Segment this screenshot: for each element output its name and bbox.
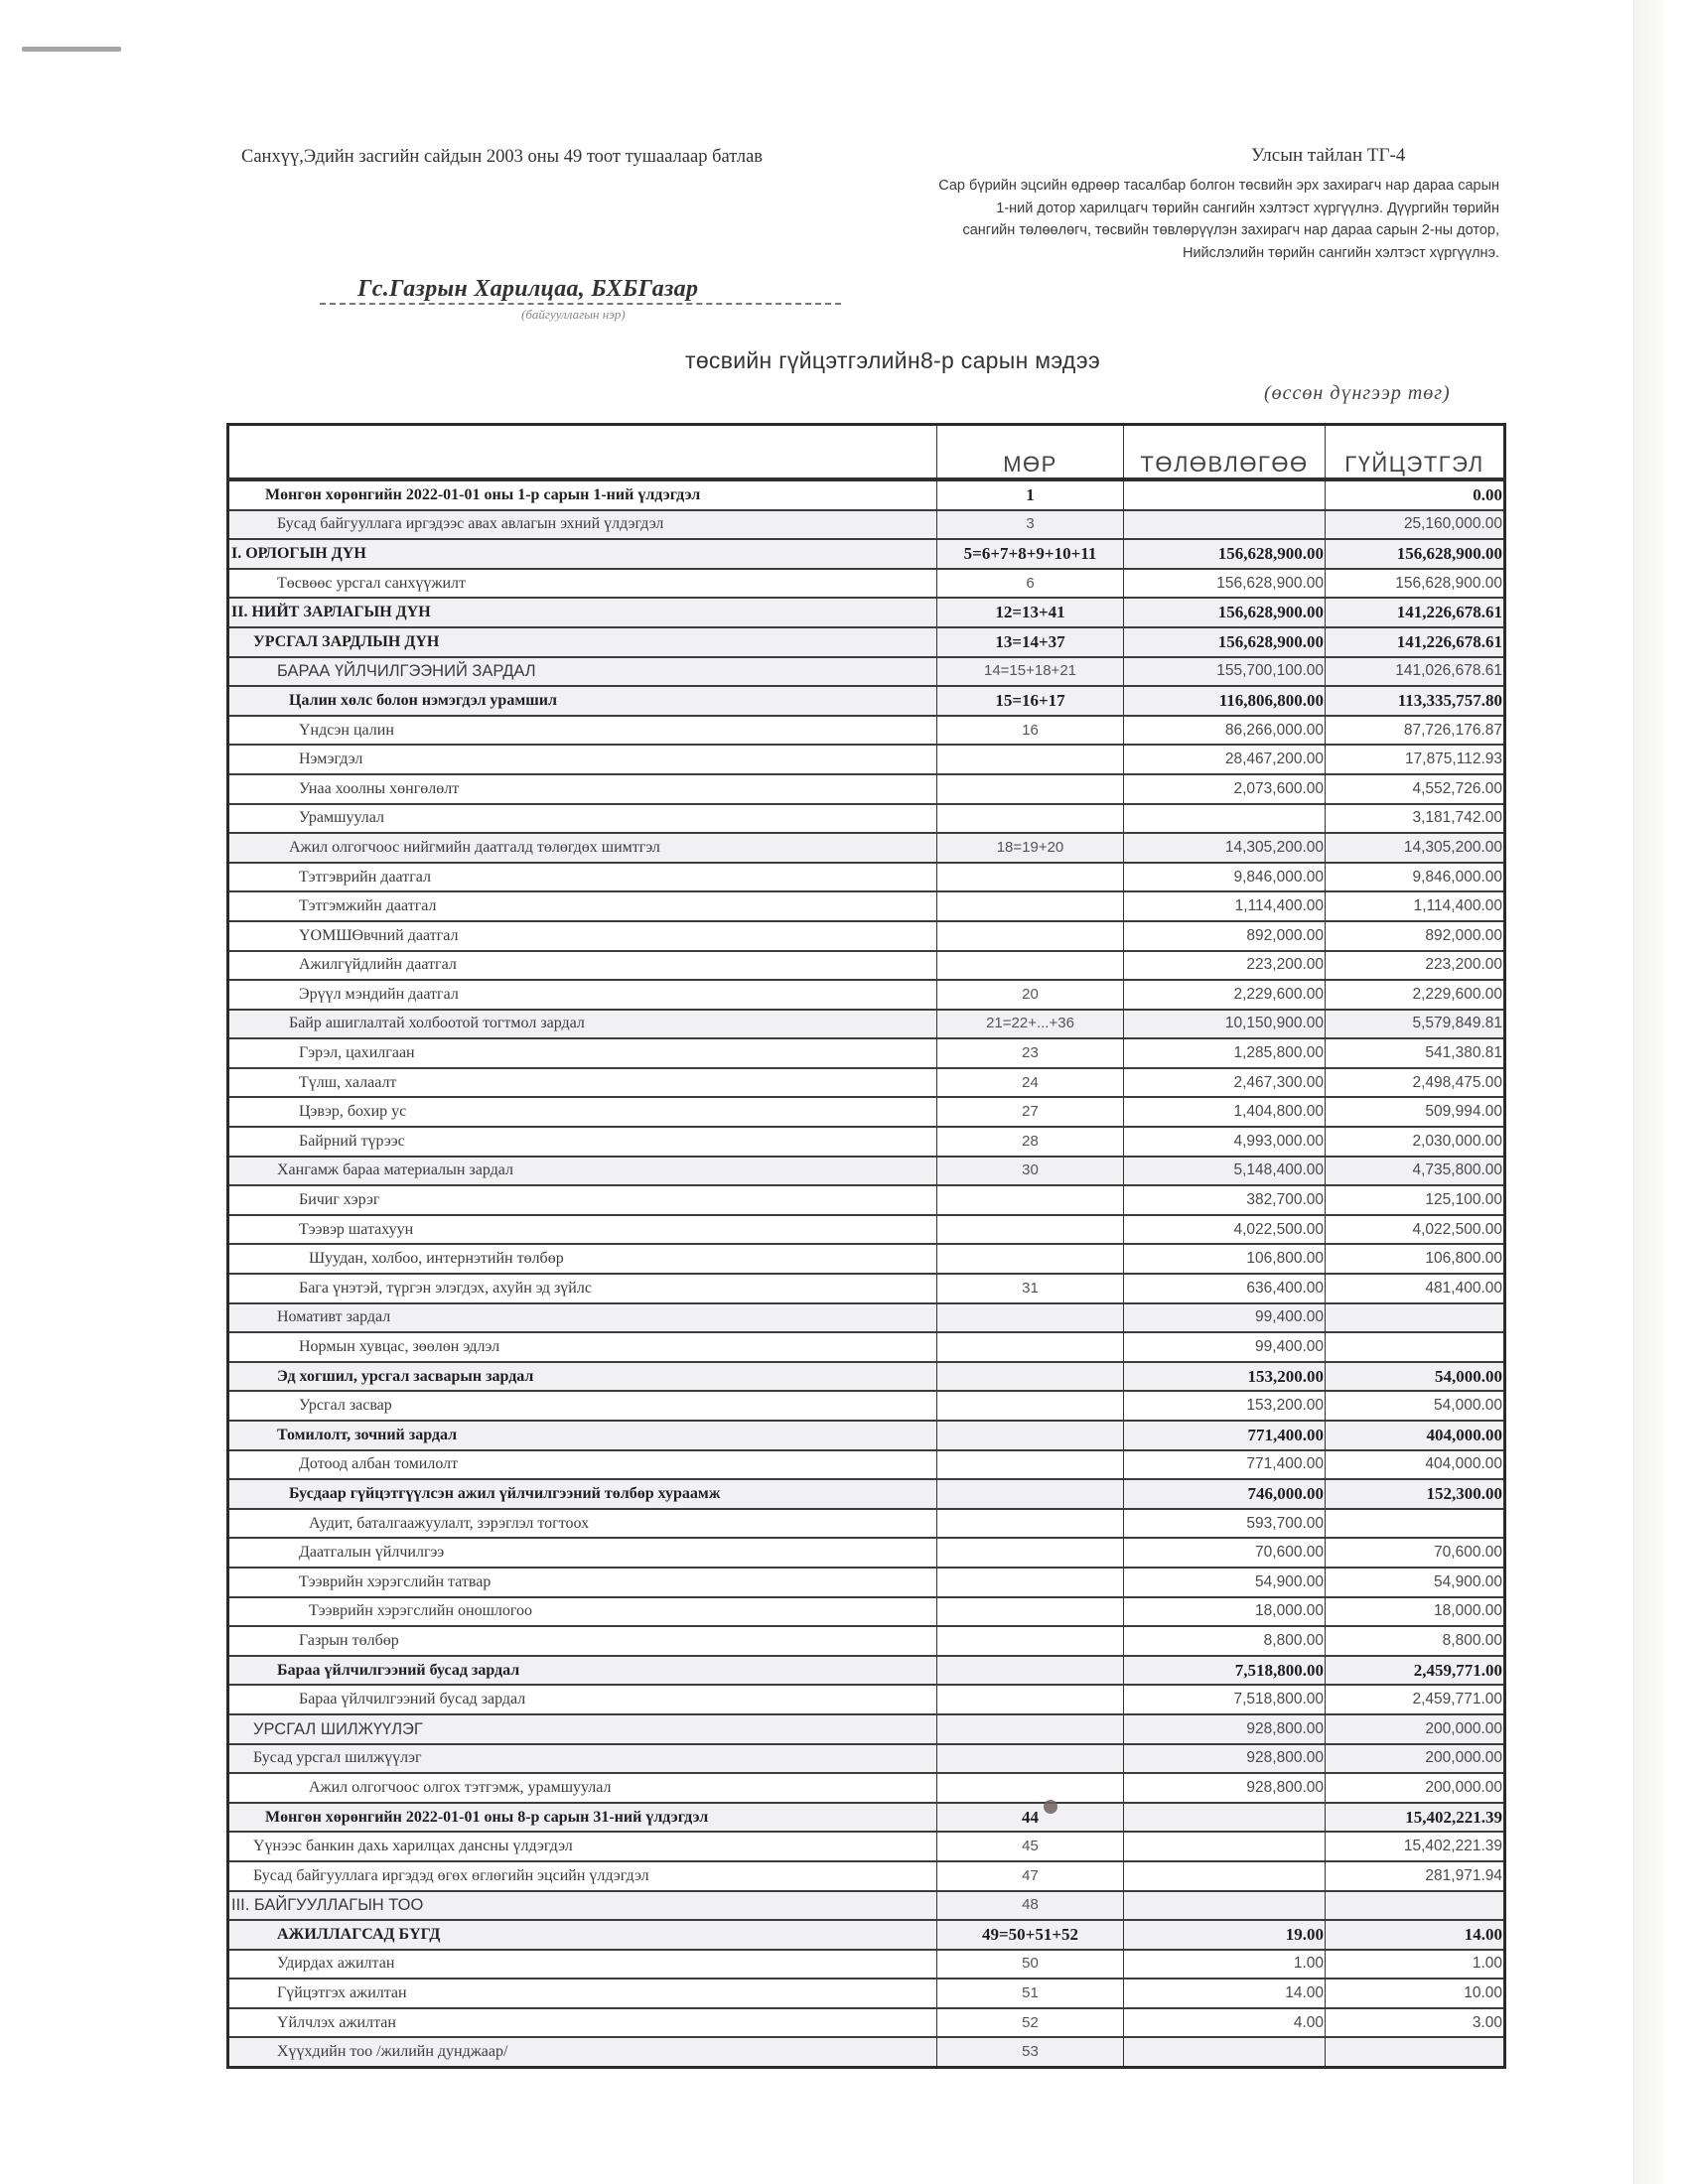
actual-value: 113,335,757.80 [1326, 686, 1505, 716]
row-number: 45 [937, 1832, 1124, 1861]
row-number [937, 1391, 1124, 1421]
table-row: Эрүүл мэндийн даатгал202,229,600.002,229… [228, 980, 1505, 1010]
table-row: Цалин хөлс болон нэмэгдэл урамшил15=16+1… [228, 686, 1505, 716]
row-label: АЖИЛЛАГСАД БҮГД [228, 1920, 937, 1950]
row-number: 20 [937, 980, 1124, 1010]
table-row: Төсвөөс урсгал санхүүжилт6156,628,900.00… [228, 569, 1505, 599]
table-row: Хангамж бараа материалын зардал305,148,4… [228, 1157, 1505, 1186]
row-label: Түлш, халаалт [228, 1068, 937, 1098]
row-label: ҮОМШӨвчний даатгал [228, 921, 937, 951]
plan-value: 928,800.00 [1124, 1773, 1326, 1803]
budget-execution-table: МӨР ТӨЛӨВЛӨГӨӨ ГҮЙЦЭТГЭЛ Мөнгөн хөрөнгий… [226, 423, 1506, 2069]
actual-value: 8,800.00 [1326, 1626, 1505, 1656]
table-row: Урсгал засвар153,200.0054,000.00 [228, 1391, 1505, 1421]
plan-value: 70,600.00 [1124, 1538, 1326, 1568]
row-label: Томилолт, зочний зардал [228, 1421, 937, 1450]
actual-value: 14,305,200.00 [1326, 833, 1505, 863]
row-number: 15=16+17 [937, 686, 1124, 716]
instruction-line: Сар бүрийн эцсийн өдрөөр тасалбар болгон… [874, 175, 1499, 198]
plan-value: 155,700,100.00 [1124, 657, 1326, 687]
actual-value [1326, 2037, 1505, 2067]
unit-note: (өссөн дүнгээр төг) [1264, 382, 1451, 405]
table-row: I. ОРЛОГЫН ДҮН5=6+7+8+9+10+11156,628,900… [228, 539, 1505, 569]
plan-value [1124, 1832, 1326, 1861]
actual-value: 200,000.00 [1326, 1773, 1505, 1803]
table-row: Үйлчлэх ажилтан524.003.00 [228, 2008, 1505, 2038]
row-label: II. НИЙТ ЗАРЛАГЫН ДҮН [228, 598, 937, 627]
row-number: 24 [937, 1068, 1124, 1098]
actual-value: 141,226,678.61 [1326, 627, 1505, 657]
actual-value: 2,498,475.00 [1326, 1068, 1505, 1098]
actual-value: 892,000.00 [1326, 921, 1505, 951]
actual-value: 2,459,771.00 [1326, 1656, 1505, 1686]
row-number [937, 1215, 1124, 1245]
actual-value: 4,735,800.00 [1326, 1157, 1505, 1186]
table-row: АЖИЛЛАГСАД БҮГД49=50+51+5219.0014.00 [228, 1920, 1505, 1950]
instruction-line: сангийн төлөөлөгч, төсвийн төвлөрүүлэн з… [874, 219, 1499, 242]
actual-value [1326, 1303, 1505, 1333]
table-row: БАРАА ҮЙЛЧИЛГЭЭНИЙ ЗАРДАЛ14=15+18+21155,… [228, 657, 1505, 687]
row-label: Үндсэн цалин [228, 716, 937, 746]
table-row: Дотоод албан томилолт771,400.00404,000.0… [228, 1450, 1505, 1480]
actual-value: 70,600.00 [1326, 1538, 1505, 1568]
actual-value: 156,628,900.00 [1326, 569, 1505, 599]
submission-instruction: Сар бүрийн эцсийн өдрөөр тасалбар болгон… [874, 175, 1499, 264]
plan-value: 746,000.00 [1124, 1479, 1326, 1509]
row-number [937, 1744, 1124, 1774]
row-label: Шуудан, холбоо, интернэтийн төлбөр [228, 1244, 937, 1274]
plan-value: 153,200.00 [1124, 1362, 1326, 1392]
plan-value: 4,993,000.00 [1124, 1127, 1326, 1157]
plan-value: 106,800.00 [1124, 1244, 1326, 1274]
row-label: III. БАЙГУУЛЛАГЫН ТОО [228, 1891, 937, 1921]
row-label: Бага үнэтэй, түргэн элэгдэх, ахуйн эд зү… [228, 1274, 937, 1303]
actual-value: 54,900.00 [1326, 1568, 1505, 1597]
row-label: Аудит, баталгаажуулалт, зэрэглэл тогтоох [228, 1509, 937, 1539]
row-label: Нэмэгдэл [228, 745, 937, 774]
table-row: Байр ашиглалтай холбоотой тогтмол зардал… [228, 1010, 1505, 1039]
report-code: Улсын тайлан ТГ-4 [1251, 145, 1405, 167]
plan-value: 99,400.00 [1124, 1303, 1326, 1333]
row-number [937, 1303, 1124, 1333]
plan-value: 116,806,800.00 [1124, 686, 1326, 716]
row-number: 21=22+...+36 [937, 1010, 1124, 1039]
plan-value [1124, 1891, 1326, 1921]
row-number [937, 804, 1124, 834]
plan-value: 4.00 [1124, 2008, 1326, 2038]
row-number [937, 1714, 1124, 1744]
row-label: Бусад байгууллага иргэдээс авах авлагын … [228, 510, 937, 540]
row-number [937, 745, 1124, 774]
row-number [937, 863, 1124, 892]
plan-value: 928,800.00 [1124, 1714, 1326, 1744]
plan-value: 8,800.00 [1124, 1626, 1326, 1656]
plan-value: 153,200.00 [1124, 1391, 1326, 1421]
actual-value: 0.00 [1326, 479, 1505, 510]
plan-value: 4,022,500.00 [1124, 1215, 1326, 1245]
table-row: Мөнгөн хөрөнгийн 2022-01-01 оны 8-р сары… [228, 1803, 1505, 1833]
row-number: 30 [937, 1157, 1124, 1186]
row-label: I. ОРЛОГЫН ДҮН [228, 539, 937, 569]
table-row: Хүүхдийн тоо /жилийн дунджаар/53 [228, 2037, 1505, 2067]
row-number [937, 1568, 1124, 1597]
actual-value: 152,300.00 [1326, 1479, 1505, 1509]
actual-value: 223,200.00 [1326, 951, 1505, 981]
table-row: Бусад урсгал шилжүүлэг928,800.00200,000.… [228, 1744, 1505, 1774]
row-label: Гэрэл, цахилгаан [228, 1038, 937, 1068]
actual-value: 141,026,678.61 [1326, 657, 1505, 687]
row-number: 27 [937, 1097, 1124, 1127]
table-row: Гэрэл, цахилгаан231,285,800.00541,380.81 [228, 1038, 1505, 1068]
organization-name: Гс.Газрын Харилцаа, БХБГазар [357, 276, 698, 303]
actual-value: 2,229,600.00 [1326, 980, 1505, 1010]
row-number: 6 [937, 569, 1124, 599]
row-label: Бараа үйлчилгээний бусад зардал [228, 1685, 937, 1714]
row-label: УРСГАЛ ШИЛЖҮҮЛЭГ [228, 1714, 937, 1744]
row-label: Нормын хувцас, зөөлөн эдлэл [228, 1332, 937, 1362]
table-header-row: МӨР ТӨЛӨВЛӨГӨӨ ГҮЙЦЭТГЭЛ [228, 425, 1505, 480]
table-row: Бага үнэтэй, түргэн элэгдэх, ахуйн эд зү… [228, 1274, 1505, 1303]
row-label: Төсвөөс урсгал санхүүжилт [228, 569, 937, 599]
row-label: Эрүүл мэндийн даатгал [228, 980, 937, 1010]
actual-value: 200,000.00 [1326, 1714, 1505, 1744]
table-row: Бусад байгууллага иргэдэд өгөх өглөгийн … [228, 1861, 1505, 1891]
actual-value: 156,628,900.00 [1326, 539, 1505, 569]
row-number: 53 [937, 2037, 1124, 2067]
row-label: Хүүхдийн тоо /жилийн дунджаар/ [228, 2037, 937, 2067]
table-row: Шуудан, холбоо, интернэтийн төлбөр106,80… [228, 1244, 1505, 1274]
row-label: Номативт зардал [228, 1303, 937, 1333]
row-label: Даатгалын үйлчилгээ [228, 1538, 937, 1568]
table-row: Нэмэгдэл28,467,200.0017,875,112.93 [228, 745, 1505, 774]
ink-spot [1044, 1800, 1057, 1814]
table-row: Бусдаар гүйцэтгүүлсэн ажил үйлчилгээний … [228, 1479, 1505, 1509]
plan-value: 10,150,900.00 [1124, 1010, 1326, 1039]
row-label: Газрын төлбөр [228, 1626, 937, 1656]
table-row: Бичиг хэрэг382,700.00125,100.00 [228, 1185, 1505, 1215]
row-number: 49=50+51+52 [937, 1920, 1124, 1950]
row-number: 31 [937, 1274, 1124, 1303]
actual-value: 4,552,726.00 [1326, 774, 1505, 804]
table-row: ҮОМШӨвчний даатгал892,000.00892,000.00 [228, 921, 1505, 951]
row-number: 48 [937, 1891, 1124, 1921]
organization-caption: (байгууллагын нэр) [521, 307, 626, 323]
table-row: Аудит, баталгаажуулалт, зэрэглэл тогтоох… [228, 1509, 1505, 1539]
plan-value: 5,148,400.00 [1124, 1157, 1326, 1186]
plan-value: 771,400.00 [1124, 1450, 1326, 1480]
row-number: 44 [937, 1803, 1124, 1833]
row-number [937, 1509, 1124, 1539]
table-row: Ажилгүйдлийн даатгал223,200.00223,200.00 [228, 951, 1505, 981]
plan-value: 9,846,000.00 [1124, 863, 1326, 892]
actual-value: 17,875,112.93 [1326, 745, 1505, 774]
actual-value [1326, 1332, 1505, 1362]
row-number [937, 1450, 1124, 1480]
plan-value [1124, 804, 1326, 834]
actual-value: 404,000.00 [1326, 1421, 1505, 1450]
row-label: Бусад байгууллага иргэдэд өгөх өглөгийн … [228, 1861, 937, 1891]
row-label: Үүнээс банкин дахь харилцах дансны үлдэг… [228, 1832, 937, 1861]
actual-value: 2,459,771.00 [1326, 1685, 1505, 1714]
table-body: Мөнгөн хөрөнгийн 2022-01-01 оны 1-р сары… [228, 479, 1505, 2068]
row-number: 28 [937, 1127, 1124, 1157]
actual-value: 125,100.00 [1326, 1185, 1505, 1215]
actual-value: 541,380.81 [1326, 1038, 1505, 1068]
actual-value: 10.00 [1326, 1979, 1505, 2008]
row-label: Удирдах ажилтан [228, 1950, 937, 1979]
actual-value: 2,030,000.00 [1326, 1127, 1505, 1157]
row-number: 1 [937, 479, 1124, 510]
row-label: Ажил олгогчоос олгох тэтгэмж, урамшуулал [228, 1773, 937, 1803]
plan-value: 1,114,400.00 [1124, 891, 1326, 921]
row-label: Тээврийн хэрэгслийн татвар [228, 1568, 937, 1597]
row-number: 51 [937, 1979, 1124, 2008]
table-row: Газрын төлбөр8,800.008,800.00 [228, 1626, 1505, 1656]
table-row: Номативт зардал99,400.00 [228, 1303, 1505, 1333]
actual-value: 4,022,500.00 [1326, 1215, 1505, 1245]
plan-value: 1.00 [1124, 1950, 1326, 1979]
row-label: Цалин хөлс болон нэмэгдэл урамшил [228, 686, 937, 716]
table-row: Нормын хувцас, зөөлөн эдлэл99,400.00 [228, 1332, 1505, 1362]
actual-value [1326, 1891, 1505, 1921]
actual-value: 87,726,176.87 [1326, 716, 1505, 746]
table-row: Даатгалын үйлчилгээ70,600.0070,600.00 [228, 1538, 1505, 1568]
plan-value: 1,285,800.00 [1124, 1038, 1326, 1068]
row-label: Ажилгүйдлийн даатгал [228, 951, 937, 981]
actual-value: 54,000.00 [1326, 1391, 1505, 1421]
plan-value: 156,628,900.00 [1124, 569, 1326, 599]
row-label: Бараа үйлчилгээний бусад зардал [228, 1656, 937, 1686]
organization-underline [320, 303, 841, 305]
row-number [937, 1656, 1124, 1686]
plan-value: 156,628,900.00 [1124, 627, 1326, 657]
actual-value: 3.00 [1326, 2008, 1505, 2038]
table-row: Түлш, халаалт242,467,300.002,498,475.00 [228, 1068, 1505, 1098]
table-row: III. БАЙГУУЛЛАГЫН ТОО48 [228, 1891, 1505, 1921]
row-label: Урамшуулал [228, 804, 937, 834]
actual-value: 404,000.00 [1326, 1450, 1505, 1480]
actual-value: 15,402,221.39 [1326, 1803, 1505, 1833]
actual-value: 9,846,000.00 [1326, 863, 1505, 892]
plan-value: 2,073,600.00 [1124, 774, 1326, 804]
row-label: Тээврийн хэрэгслийн оношлогоо [228, 1597, 937, 1627]
actual-value: 3,181,742.00 [1326, 804, 1505, 834]
row-label: Эд хогшил, урсгал засварын зардал [228, 1362, 937, 1392]
row-label: Бусад урсгал шилжүүлэг [228, 1744, 937, 1774]
row-label: Ажил олгогчоос нийгмийн даатгалд төлөгдө… [228, 833, 937, 863]
row-label: Унаа хоолны хөнгөлөлт [228, 774, 937, 804]
table-row: Тэтгэмжийн даатгал1,114,400.001,114,400.… [228, 891, 1505, 921]
row-label: Хангамж бараа материалын зардал [228, 1157, 937, 1186]
row-label: Тэтгэмжийн даатгал [228, 891, 937, 921]
table-row: Удирдах ажилтан501.001.00 [228, 1950, 1505, 1979]
row-label: Тээвэр шатахуун [228, 1215, 937, 1245]
plan-value: 223,200.00 [1124, 951, 1326, 981]
table-row: Тэтгэврийн даатгал9,846,000.009,846,000.… [228, 863, 1505, 892]
column-header-row-number: МӨР [937, 425, 1124, 480]
row-label: Урсгал засвар [228, 1391, 937, 1421]
actual-value: 18,000.00 [1326, 1597, 1505, 1627]
column-header-label [228, 425, 937, 480]
table-row: Бараа үйлчилгээний бусад зардал7,518,800… [228, 1656, 1505, 1686]
row-number [937, 921, 1124, 951]
plan-value [1124, 2037, 1326, 2067]
plan-value: 54,900.00 [1124, 1568, 1326, 1597]
row-number: 13=14+37 [937, 627, 1124, 657]
table-row: УРСГАЛ ЗАРДЛЫН ДҮН13=14+37156,628,900.00… [228, 627, 1505, 657]
row-label: Үйлчлэх ажилтан [228, 2008, 937, 2038]
row-label: Бусдаар гүйцэтгүүлсэн ажил үйлчилгээний … [228, 1479, 937, 1509]
row-number [937, 891, 1124, 921]
table-row: Тээвэр шатахуун4,022,500.004,022,500.00 [228, 1215, 1505, 1245]
table-row: Байрний түрээс284,993,000.002,030,000.00 [228, 1127, 1505, 1157]
actual-value: 281,971.94 [1326, 1861, 1505, 1891]
row-number [937, 1685, 1124, 1714]
row-number [937, 1185, 1124, 1215]
row-label: Байрний түрээс [228, 1127, 937, 1157]
table-row: Гүйцэтгэх ажилтан5114.0010.00 [228, 1979, 1505, 2008]
plan-value: 14,305,200.00 [1124, 833, 1326, 863]
row-label: БАРАА ҮЙЛЧИЛГЭЭНИЙ ЗАРДАЛ [228, 657, 937, 687]
row-label: Мөнгөн хөрөнгийн 2022-01-01 оны 8-р сары… [228, 1803, 937, 1833]
actual-value: 141,226,678.61 [1326, 598, 1505, 627]
plan-value: 156,628,900.00 [1124, 539, 1326, 569]
plan-value: 892,000.00 [1124, 921, 1326, 951]
row-label: Гүйцэтгэх ажилтан [228, 1979, 937, 2008]
actual-value: 106,800.00 [1326, 1244, 1505, 1274]
plan-value: 14.00 [1124, 1979, 1326, 2008]
table-row: Эд хогшил, урсгал засварын зардал153,200… [228, 1362, 1505, 1392]
row-number: 52 [937, 2008, 1124, 2038]
plan-value: 771,400.00 [1124, 1421, 1326, 1450]
actual-value: 1,114,400.00 [1326, 891, 1505, 921]
row-number [937, 774, 1124, 804]
instruction-line: Нийслэлийн төрийн сангийн хэлтэст хүргүү… [874, 242, 1499, 265]
row-number [937, 1538, 1124, 1568]
table-row: Ажил олгогчоос нийгмийн даатгалд төлөгдө… [228, 833, 1505, 863]
table-row: Мөнгөн хөрөнгийн 2022-01-01 оны 1-р сары… [228, 479, 1505, 510]
table-row: Үүнээс банкин дахь харилцах дансны үлдэг… [228, 1832, 1505, 1861]
column-header-actual: ГҮЙЦЭТГЭЛ [1326, 425, 1505, 480]
row-number [937, 1244, 1124, 1274]
table-row: Тээврийн хэрэгслийн оношлогоо18,000.0018… [228, 1597, 1505, 1627]
table-row: Бараа үйлчилгээний бусад зардал7,518,800… [228, 1685, 1505, 1714]
scan-artifact-mark [22, 47, 121, 52]
column-header-plan: ТӨЛӨВЛӨГӨӨ [1124, 425, 1326, 480]
row-number [937, 1597, 1124, 1627]
row-label: Тэтгэврийн даатгал [228, 863, 937, 892]
row-number: 47 [937, 1861, 1124, 1891]
table-row: Тээврийн хэрэгслийн татвар54,900.0054,90… [228, 1568, 1505, 1597]
table-row: Ажил олгогчоос олгох тэтгэмж, урамшуулал… [228, 1773, 1505, 1803]
table-row: Бусад байгууллага иргэдээс авах авлагын … [228, 510, 1505, 540]
plan-value [1124, 1861, 1326, 1891]
actual-value: 5,579,849.81 [1326, 1010, 1505, 1039]
row-label: Байр ашиглалтай холбоотой тогтмол зардал [228, 1010, 937, 1039]
row-number [937, 951, 1124, 981]
row-label: Бичиг хэрэг [228, 1185, 937, 1215]
row-number [937, 1626, 1124, 1656]
table-row: Урамшуулал3,181,742.00 [228, 804, 1505, 834]
table-row: Цэвэр, бохир ус271,404,800.00509,994.00 [228, 1097, 1505, 1127]
row-number [937, 1773, 1124, 1803]
row-number: 3 [937, 510, 1124, 540]
document-title: төсвийн гүйцэтгэлийн8-р сарын мэдээ [685, 347, 1100, 374]
plan-value [1124, 1803, 1326, 1833]
actual-value: 509,994.00 [1326, 1097, 1505, 1127]
plan-value: 1,404,800.00 [1124, 1097, 1326, 1127]
row-label: УРСГАЛ ЗАРДЛЫН ДҮН [228, 627, 937, 657]
row-number: 12=13+41 [937, 598, 1124, 627]
row-number [937, 1332, 1124, 1362]
row-number [937, 1421, 1124, 1450]
plan-value [1124, 479, 1326, 510]
actual-value: 15,402,221.39 [1326, 1832, 1505, 1861]
approval-note: Санхүү,Эдийн засгийн сайдын 2003 оны 49 … [241, 145, 777, 169]
row-number: 16 [937, 716, 1124, 746]
actual-value: 1.00 [1326, 1950, 1505, 1979]
plan-value: 18,000.00 [1124, 1597, 1326, 1627]
table-row: Томилолт, зочний зардал771,400.00404,000… [228, 1421, 1505, 1450]
plan-value: 99,400.00 [1124, 1332, 1326, 1362]
plan-value: 636,400.00 [1124, 1274, 1326, 1303]
plan-value: 156,628,900.00 [1124, 598, 1326, 627]
plan-value: 19.00 [1124, 1920, 1326, 1950]
plan-value: 86,266,000.00 [1124, 716, 1326, 746]
scan-edge-strip [1633, 0, 1664, 2184]
table-row: УРСГАЛ ШИЛЖҮҮЛЭГ928,800.00200,000.00 [228, 1714, 1505, 1744]
plan-value: 7,518,800.00 [1124, 1656, 1326, 1686]
row-number: 5=6+7+8+9+10+11 [937, 539, 1124, 569]
actual-value: 54,000.00 [1326, 1362, 1505, 1392]
row-number: 23 [937, 1038, 1124, 1068]
plan-value: 928,800.00 [1124, 1744, 1326, 1774]
plan-value: 593,700.00 [1124, 1509, 1326, 1539]
plan-value: 28,467,200.00 [1124, 745, 1326, 774]
table-row: Үндсэн цалин1686,266,000.0087,726,176.87 [228, 716, 1505, 746]
row-label: Дотоод албан томилолт [228, 1450, 937, 1480]
actual-value: 481,400.00 [1326, 1274, 1505, 1303]
row-number: 18=19+20 [937, 833, 1124, 863]
actual-value: 25,160,000.00 [1326, 510, 1505, 540]
table-row: II. НИЙТ ЗАРЛАГЫН ДҮН12=13+41156,628,900… [228, 598, 1505, 627]
plan-value: 7,518,800.00 [1124, 1685, 1326, 1714]
plan-value: 2,229,600.00 [1124, 980, 1326, 1010]
plan-value [1124, 510, 1326, 540]
row-number: 14=15+18+21 [937, 657, 1124, 687]
table-row: Унаа хоолны хөнгөлөлт2,073,600.004,552,7… [228, 774, 1505, 804]
plan-value: 382,700.00 [1124, 1185, 1326, 1215]
plan-value: 2,467,300.00 [1124, 1068, 1326, 1098]
row-number [937, 1479, 1124, 1509]
row-number [937, 1362, 1124, 1392]
actual-value [1326, 1509, 1505, 1539]
row-label: Мөнгөн хөрөнгийн 2022-01-01 оны 1-р сары… [228, 479, 937, 510]
actual-value: 14.00 [1326, 1920, 1505, 1950]
row-number: 50 [937, 1950, 1124, 1979]
instruction-line: 1-ний дотор харилцагч төрийн сангийн хэл… [874, 198, 1499, 220]
row-label: Цэвэр, бохир ус [228, 1097, 937, 1127]
actual-value: 200,000.00 [1326, 1744, 1505, 1774]
